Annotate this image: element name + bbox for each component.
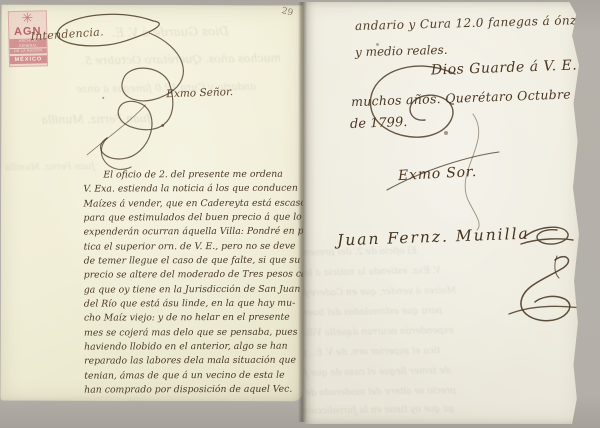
opening-line-2: y medio reales. (355, 43, 448, 59)
ink-speck (102, 97, 104, 99)
manuscript-scan: ✳ AGN ARCHIVO GENERAL DE LA NACIÓN MÉXIC… (0, 0, 600, 428)
ink-bleedthrough-line: tica el superior orn. de V. E., pero no … (303, 346, 440, 360)
ink-bleedthrough-line: expenderán ocurran áquella Villa: Pondré… (303, 326, 454, 340)
rubric-flourish (495, 250, 579, 335)
body-line: ga que oy tiene en la Jurisdicción de Sa… (84, 282, 304, 297)
ink-bleedthrough-line: Juan Fernz. Munilla (5, 162, 95, 173)
ink-speck (376, 43, 379, 46)
ink-bleedthrough-line: El oficio de 2. del presente me ordena (303, 246, 417, 259)
body-line: V. Exa. estienda la noticia á los que co… (83, 182, 303, 197)
body-line: cho Maíz viejo: y de no helar en el pres… (84, 311, 304, 326)
body-line: El oficio de 2. del presente me ordena (83, 168, 303, 183)
ink-bleedthrough-line: Juan Fernz. Munilla (41, 112, 151, 127)
left-page: ✳ AGN ARCHIVO GENERAL DE LA NACIÓN MÉXIC… (0, 5, 303, 402)
body-line: expenderán ocurran áquella Villa: Pondré… (84, 225, 304, 240)
ink-speck (444, 131, 448, 135)
ink-speck (161, 124, 164, 127)
signature-rubric (517, 216, 577, 252)
right-page: andario y Cura 12.0 fanegas á ónze y med… (303, 2, 579, 424)
ink-bleedthrough-line: muchos años. Querétaro Octubre 5. (81, 52, 281, 68)
ink-bleedthrough-line: precio se altere del moderado de Tres pe… (303, 386, 456, 400)
ink-bleedthrough-line: de temer llegue el caso de que falte, si… (303, 366, 451, 380)
ink-bleedthrough-line: para que estimulados del buen precio á q… (303, 306, 442, 320)
body-line: reparado las labores dela mala situación… (84, 354, 303, 369)
folio-number: 29 (280, 6, 294, 18)
page-gap-shadow (298, 2, 307, 422)
valediction-flourish (373, 112, 513, 232)
body-line: para que estimulados del buen precio á q… (83, 211, 303, 226)
signature: Juan Fernz. Munilla (337, 225, 530, 250)
body-line: tica el superior orn. de V. E., pero no … (84, 239, 304, 254)
body-line: mes se cojerá mas delo que se pensaba, p… (84, 325, 304, 340)
ink-bleedthrough-line: Maízes á vender, que en Cadereyta está e… (303, 286, 456, 300)
letter-body: El oficio de 2. del presente me ordena V… (83, 168, 303, 398)
body-line: han comprado por disposición de aquel Ve… (84, 383, 303, 398)
body-line: de temer llegue el caso de que falte, si… (84, 254, 304, 269)
ink-bleedthrough-line: Dios Guarde á V. E. (111, 24, 228, 40)
opening-line-1: andario y Cura 12.0 fanegas á ónze (355, 13, 579, 33)
body-line: haviendo llobido en el anterior, algo se… (84, 340, 303, 355)
ink-bleedthrough-line: V. Exa. estienda la noticia á los que co… (303, 266, 441, 280)
body-line: precio se altere del moderado de Tres pe… (84, 268, 304, 283)
body-line: tenian, ámas de que á un vecino de esta … (84, 368, 303, 383)
ink-bleedthrough-line: ga que oy tiene en la Jurisdicción de Sa… (303, 404, 455, 418)
body-line: Maízes á vender, que en Cadereyta está e… (83, 196, 303, 211)
body-line: del Río que está ásu linde, en la que ha… (84, 297, 304, 312)
